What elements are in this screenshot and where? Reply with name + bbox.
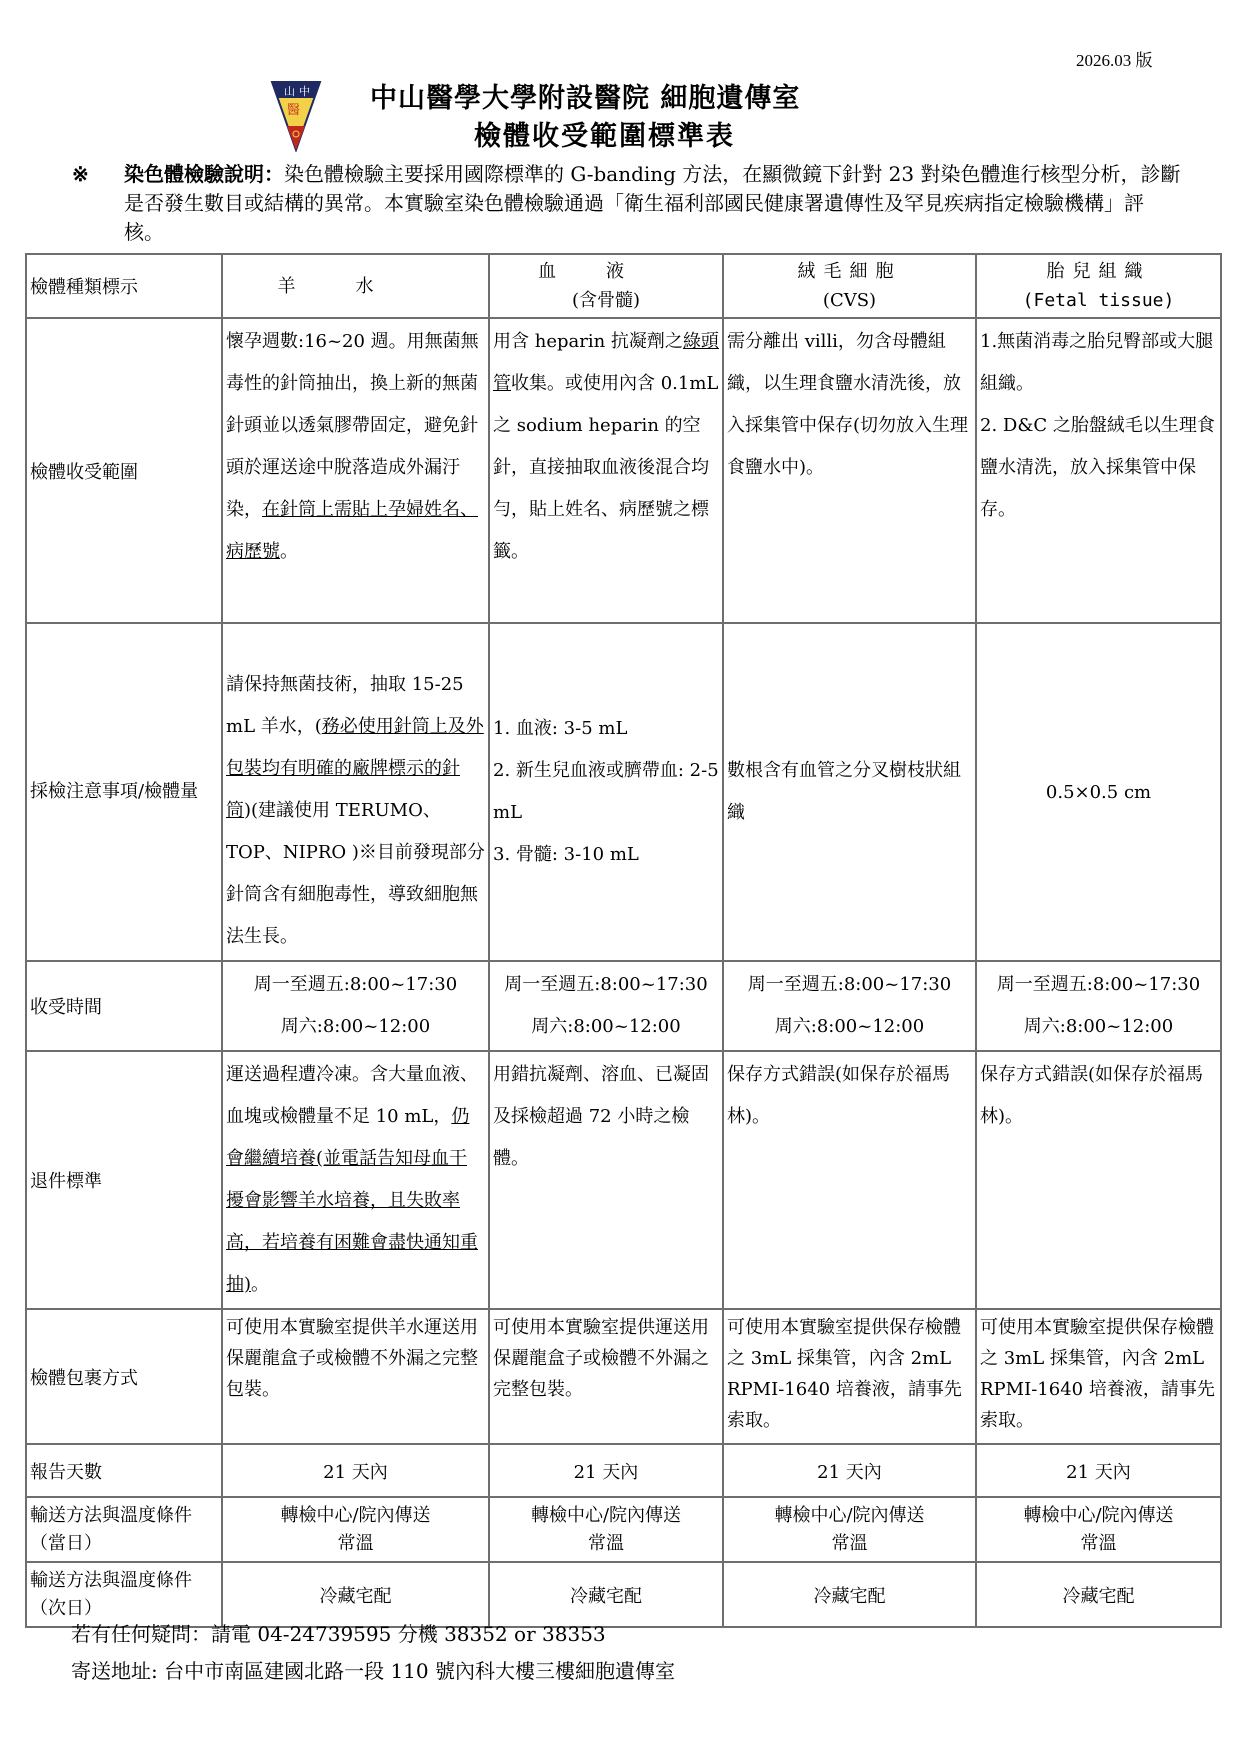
acceptance-fetal: 1.無菌消毒之胎兒臀部或大腿組織。 2. D&C 之胎盤絨毛以生理食鹽水清洗，放…	[976, 318, 1221, 623]
rejection-amniotic: 運送過程遭冷凍。含大量血液、血塊或檢體量不足 10 mL，仍會繼續培養(並電話告…	[222, 1051, 489, 1309]
report-cvs: 21 天內	[723, 1444, 976, 1497]
transport-next-day-fetal: 冷藏宅配	[976, 1562, 1221, 1627]
svg-text:醫: 醫	[287, 103, 300, 118]
table-row-transport-same-day: 輸送方法與溫度條件（當日） 轉檢中心/院內傳送常溫 轉檢中心/院內傳送常溫 轉檢…	[26, 1497, 1221, 1562]
table-row-packaging: 檢體包裹方式 可使用本實驗室提供羊水運送用保麗龍盒子或檢體不外漏之完整包裝。 可…	[26, 1309, 1221, 1444]
header-blood: 血液(含骨髓)	[489, 254, 723, 318]
rejection-fetal: 保存方式錯誤(如保存於福馬林)。	[976, 1051, 1221, 1309]
packaging-amniotic: 可使用本實驗室提供羊水運送用保麗龍盒子或檢體不外漏之完整包裝。	[222, 1309, 489, 1444]
row-label-acceptance: 檢體收受範圍	[26, 318, 222, 623]
acceptance-cvs: 需分離出 villi，勿含母體組織，以生理食鹽水清洗後，放入採集管中保存(切勿放…	[723, 318, 976, 623]
report-amniotic: 21 天內	[222, 1444, 489, 1497]
row-label-hours: 收受時間	[26, 961, 222, 1051]
collection-blood: 1. 血液: 3-5 mL 2. 新生兒血液或臍帶血: 2-5 mL 3. 骨髓…	[489, 623, 723, 961]
row-label-packaging: 檢體包裹方式	[26, 1309, 222, 1444]
svg-text:山: 山	[284, 85, 295, 98]
page-title: 檢體收受範圍標準表	[474, 114, 735, 153]
chromosome-note: ※ 染色體檢驗說明：染色體檢驗主要採用國際標準的 G-banding 方法，在顯…	[72, 160, 1182, 247]
header-cvs: 絨毛細胞(CVS)	[723, 254, 976, 318]
header-amniotic-fluid: 羊水	[222, 254, 489, 318]
hours-amniotic: 周一至週五:8:00~17:30周六:8:00~12:00	[222, 961, 489, 1051]
row-label-collection: 採檢注意事項/檢體量	[26, 623, 222, 961]
hospital-logo-icon: 山 中 醫	[270, 78, 322, 152]
report-blood: 21 天內	[489, 1444, 723, 1497]
transport-same-day-fetal: 轉檢中心/院內傳送常溫	[976, 1497, 1221, 1562]
hours-blood: 周一至週五:8:00~17:30周六:8:00~12:00	[489, 961, 723, 1051]
transport-same-day-cvs: 轉檢中心/院內傳送常溫	[723, 1497, 976, 1562]
acceptance-blood: 用含 heparin 抗凝劑之綠頭管收集。或使用內含 0.1mL 之 sodiu…	[489, 318, 723, 623]
version-label: 2026.03 版	[1076, 46, 1153, 71]
svg-text:中: 中	[299, 84, 310, 98]
hours-fetal: 周一至週五:8:00~17:30周六:8:00~12:00	[976, 961, 1221, 1051]
rejection-blood: 用錯抗凝劑、溶血、已凝固及採檢超過 72 小時之檢體。	[489, 1051, 723, 1309]
specimen-table: 檢體種類標示 羊水 血液(含骨髓) 絨毛細胞(CVS) 胎兒組織(Fetal t…	[25, 253, 1222, 1628]
note-lead: 染色體檢驗說明：	[124, 162, 284, 186]
packaging-cvs: 可使用本實驗室提供保存檢體之 3mL 採集管，內含 2mL RPMI-1640 …	[723, 1309, 976, 1444]
header-label: 檢體種類標示	[26, 254, 222, 318]
transport-next-day-cvs: 冷藏宅配	[723, 1562, 976, 1627]
row-label-transport-same-day: 輸送方法與溫度條件（當日）	[26, 1497, 222, 1562]
rejection-cvs: 保存方式錯誤(如保存於福馬林)。	[723, 1051, 976, 1309]
collection-amniotic: 請保持無菌技術，抽取 15-25 mL 羊水，(務必使用針筒上及外包裝均有明確的…	[222, 623, 489, 961]
collection-fetal: 0.5×0.5 cm	[976, 623, 1221, 961]
table-row-rejection: 退件標準 運送過程遭冷凍。含大量血液、血塊或檢體量不足 10 mL，仍會繼續培養…	[26, 1051, 1221, 1309]
table-row-collection: 採檢注意事項/檢體量 請保持無菌技術，抽取 15-25 mL 羊水，(務必使用針…	[26, 623, 1221, 961]
packaging-blood: 可使用本實驗室提供運送用保麗龍盒子或檢體不外漏之完整包裝。	[489, 1309, 723, 1444]
mailing-address: 寄送地址: 台中市南區建國北路一段 110 號內科大樓三樓細胞遺傳室	[71, 1655, 675, 1684]
table-row-acceptance: 檢體收受範圍 懷孕週數:16~20 週。用無菌無毒性的針筒抽出，換上新的無菌針頭…	[26, 318, 1221, 623]
hospital-title: 中山醫學大學附設醫院 細胞遺傳室	[370, 76, 800, 115]
hours-cvs: 周一至週五:8:00~17:30周六:8:00~12:00	[723, 961, 976, 1051]
table-row-hours: 收受時間 周一至週五:8:00~17:30周六:8:00~12:00 周一至週五…	[26, 961, 1221, 1051]
contact-info: 若有任何疑問：請電 04-24739595 分機 38352 or 38353	[71, 1618, 606, 1647]
transport-same-day-amniotic: 轉檢中心/院內傳送常溫	[222, 1497, 489, 1562]
collection-cvs: 數根含有血管之分叉樹枝狀組織	[723, 623, 976, 961]
transport-same-day-blood: 轉檢中心/院內傳送常溫	[489, 1497, 723, 1562]
row-label-rejection: 退件標準	[26, 1051, 222, 1309]
table-header-row: 檢體種類標示 羊水 血液(含骨髓) 絨毛細胞(CVS) 胎兒組織(Fetal t…	[26, 254, 1221, 318]
report-fetal: 21 天內	[976, 1444, 1221, 1497]
header-fetal-tissue: 胎兒組織(Fetal tissue)	[976, 254, 1221, 318]
packaging-fetal: 可使用本實驗室提供保存檢體之 3mL 採集管，內含 2mL RPMI-1640 …	[976, 1309, 1221, 1444]
acceptance-amniotic: 懷孕週數:16~20 週。用無菌無毒性的針筒抽出，換上新的無菌針頭並以透氣膠帶固…	[222, 318, 489, 623]
table-row-report: 報告天數 21 天內 21 天內 21 天內 21 天內	[26, 1444, 1221, 1497]
reference-mark-icon: ※	[72, 160, 89, 189]
row-label-report: 報告天數	[26, 1444, 222, 1497]
